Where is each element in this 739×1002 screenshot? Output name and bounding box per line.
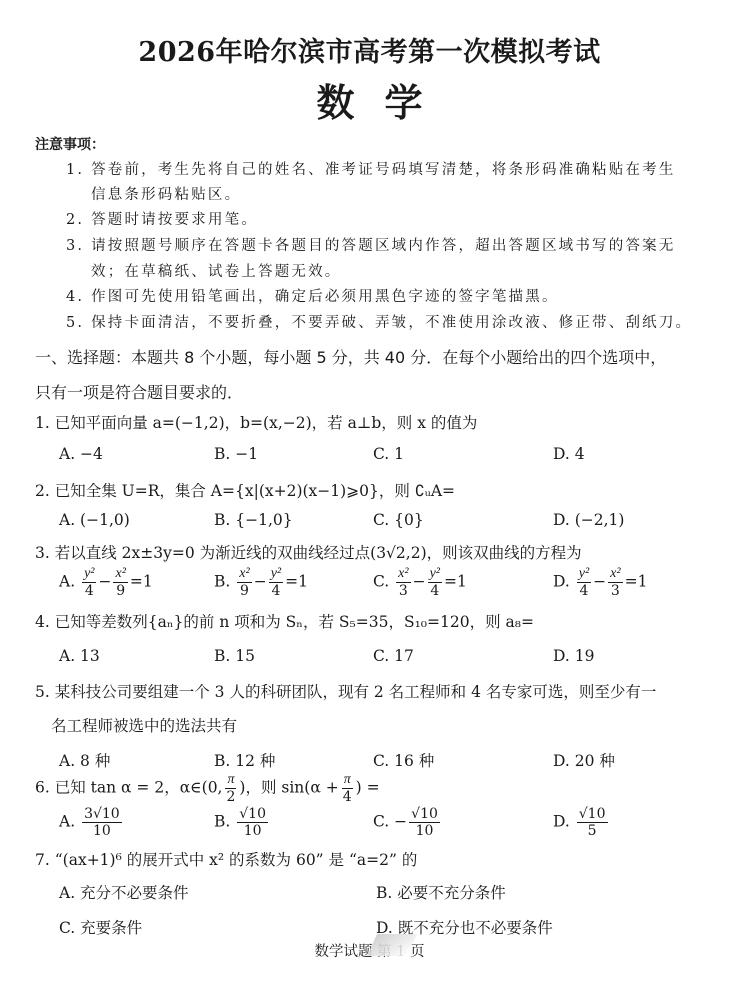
question-3: 3. 若以直线 2x±3y=0 为渐近线的双曲线经过点(3√2,2)，则该双曲线… xyxy=(35,541,582,563)
q5-option-c[interactable]: C. 16 种 xyxy=(373,749,434,771)
question-7: 7. “(ax+1)⁶ 的展开式中 x² 的系数为 60” 是 “a=2” 的 xyxy=(35,848,417,870)
notice-num: 1. xyxy=(66,162,84,178)
question-stem: 已知平面向量 a=(−1,2)，b=(x,−2)，若 a⊥b，则 x 的值为 xyxy=(55,414,478,432)
fraction: x²9 xyxy=(113,566,127,599)
question-stem: 若以直线 2x±3y=0 为渐近线的双曲线经过点(3√2,2)，则该双曲线的方程… xyxy=(55,544,582,562)
q2-option-a[interactable]: A. (−1,0) xyxy=(59,511,130,529)
q7-option-b[interactable]: B. 必要不充分条件 xyxy=(376,881,506,903)
question-num: 7. xyxy=(35,851,50,869)
notice-num: 3. xyxy=(66,238,84,254)
notice-num: 4. xyxy=(66,289,84,305)
q4-option-a[interactable]: A. 13 xyxy=(59,647,100,665)
fraction: √1010 xyxy=(237,806,268,839)
fraction: y²4 xyxy=(577,566,591,599)
question-stem: 已知等差数列{aₙ}的前 n 项和为 Sₙ，若 S₅=35，S₁₀=120，则 … xyxy=(55,613,534,631)
fraction: π2 xyxy=(225,772,238,805)
fraction: y²4 xyxy=(428,566,442,599)
question-stem-c: ) = xyxy=(356,779,380,797)
notice-item-3: 3. 请按照题号顺序在答题卡各题目的答题区域内作答，超出答题区域书写的答案无 xyxy=(66,234,676,255)
question-num: 5. xyxy=(35,683,50,701)
q5-option-d[interactable]: D. 20 种 xyxy=(553,749,615,771)
question-4: 4. 已知等差数列{aₙ}的前 n 项和为 Sₙ，若 S₅=35，S₁₀=120… xyxy=(35,610,534,632)
q4-option-d[interactable]: D. 19 xyxy=(553,647,594,665)
question-num: 3. xyxy=(35,544,50,562)
q7-option-c[interactable]: C. 充要条件 xyxy=(59,916,142,938)
question-5-cont: 名工程师被选中的选法共有 xyxy=(51,714,237,736)
option-label: A. xyxy=(59,573,75,591)
question-num: 4. xyxy=(35,613,50,631)
option-label: D. xyxy=(553,573,570,591)
q4-option-c[interactable]: C. 17 xyxy=(373,647,414,665)
fraction: π4 xyxy=(341,772,354,805)
option-label: B. xyxy=(214,573,230,591)
question-5: 5. 某科技公司要组建一个 3 人的科研团队，现有 2 名工程师和 4 名专家可… xyxy=(35,680,656,702)
notice-item-1-cont: 信息条形码粘贴区。 xyxy=(91,183,241,204)
section-header: 一、选择题：本题共 8 个小题，每小题 5 分，共 40 分．在每个小题给出的四… xyxy=(35,345,666,368)
notice-num: 5. xyxy=(66,315,84,331)
q4-option-b[interactable]: B. 15 xyxy=(214,647,255,665)
notice-item-1: 1. 答卷前，考生先将自己的姓名、准考证号码填写清楚，将条形码准确粘贴在考生 xyxy=(66,158,676,179)
q1-option-c[interactable]: C. 1 xyxy=(373,445,404,463)
notice-num: 2. xyxy=(66,212,84,228)
q5-option-a[interactable]: A. 8 种 xyxy=(59,749,110,771)
fraction: √1010 xyxy=(409,806,440,839)
q3-option-c[interactable]: C. x²3−y²4=1 xyxy=(373,566,467,599)
question-6: 6. 已知 tan α = 2，α∈(0,π2)，则 sin(α +π4) = xyxy=(35,772,380,805)
fraction: 3√1010 xyxy=(82,806,122,839)
q3-option-b[interactable]: B. x²9−y²4=1 xyxy=(214,566,308,599)
q6-option-b[interactable]: B. √1010 xyxy=(214,806,270,839)
question-1: 1. 已知平面向量 a=(−1,2)，b=(x,−2)，若 a⊥b，则 x 的值… xyxy=(35,411,477,433)
question-2: 2. 已知全集 U=R，集合 A={x|(x+2)(x−1)⩾0}，则 ∁ᵤA= xyxy=(35,479,455,501)
q5-option-b[interactable]: B. 12 种 xyxy=(214,749,275,771)
question-num: 2. xyxy=(35,482,50,500)
notice-item-2: 2. 答题时请按要求用笔。 xyxy=(66,208,258,229)
rhs: =1 xyxy=(285,573,308,591)
option-label: C. xyxy=(373,573,389,591)
q2-option-d[interactable]: D. (−2,1) xyxy=(553,511,624,529)
notice-text: 请按照题号顺序在答题卡各题目的答题区域内作答，超出答题区域书写的答案无 xyxy=(91,238,676,254)
rhs: =1 xyxy=(625,573,648,591)
fraction: x²3 xyxy=(396,566,410,599)
notice-item-5: 5. 保持卡面清洁，不要折叠，不要弄破、弄皱，不准使用涂改液、修正带、刮纸刀。 xyxy=(66,311,692,332)
notice-heading: 注意事项： xyxy=(35,134,105,154)
notice-text: 答题时请按要求用笔。 xyxy=(91,212,258,228)
option-label: C. xyxy=(373,813,389,831)
q7-option-a[interactable]: A. 充分不必要条件 xyxy=(59,881,189,903)
option-label: B. xyxy=(214,813,230,831)
fraction: x²3 xyxy=(608,566,622,599)
q6-option-c[interactable]: C. −√1010 xyxy=(373,806,442,839)
q2-option-b[interactable]: B. {−1,0} xyxy=(214,511,293,529)
question-stem: 某科技公司要组建一个 3 人的科研团队，现有 2 名工程师和 4 名专家可选，则… xyxy=(55,683,657,701)
fraction: y²4 xyxy=(269,566,283,599)
notice-item-3-cont: 效；在草稿纸、试卷上答题无效。 xyxy=(91,260,342,281)
notice-text: 作图可先使用铅笔画出，确定后必须用黑色字迹的签字笔描黑。 xyxy=(91,289,559,305)
exam-subject: 数学 xyxy=(0,72,739,127)
q3-option-d[interactable]: D. y²4−x²3=1 xyxy=(553,566,647,599)
option-label: D. xyxy=(553,813,570,831)
question-num: 6. xyxy=(35,779,50,797)
option-label: A. xyxy=(59,813,75,831)
q6-option-a[interactable]: A. 3√1010 xyxy=(59,806,124,839)
q6-option-d[interactable]: D. √105 xyxy=(553,806,610,839)
notice-text: 保持卡面清洁，不要折叠，不要弄破、弄皱，不准使用涂改液、修正带、刮纸刀。 xyxy=(91,315,692,331)
question-stem-a: 已知 tan α = 2，α∈(0, xyxy=(55,779,223,797)
sign: − xyxy=(394,813,407,831)
q2-option-c[interactable]: C. {0} xyxy=(373,511,424,529)
rhs: =1 xyxy=(444,573,467,591)
fraction: y²4 xyxy=(82,566,96,599)
fraction: x²9 xyxy=(237,566,251,599)
notice-item-4: 4. 作图可先使用铅笔画出，确定后必须用黑色字迹的签字笔描黑。 xyxy=(66,285,559,306)
q3-option-a[interactable]: A. y²4−x²9=1 xyxy=(59,566,153,599)
q1-option-d[interactable]: D. 4 xyxy=(553,445,585,463)
fraction: √105 xyxy=(577,806,608,839)
question-stem-b: )，则 sin(α + xyxy=(239,779,338,797)
q1-option-a[interactable]: A. −4 xyxy=(59,445,103,463)
section-header-cont: 只有一项是符合题目要求的． xyxy=(35,380,243,403)
rhs: =1 xyxy=(130,573,153,591)
notice-text: 答卷前，考生先将自己的姓名、准考证号码填写清楚，将条形码准确粘贴在考生 xyxy=(91,162,676,178)
q1-option-b[interactable]: B. −1 xyxy=(214,445,258,463)
question-stem: 已知全集 U=R，集合 A={x|(x+2)(x−1)⩾0}，则 ∁ᵤA= xyxy=(55,482,455,500)
exam-title: 2026年哈尔滨市高考第一次模拟考试 xyxy=(0,30,739,69)
question-num: 1. xyxy=(35,414,50,432)
question-stem: “(ax+1)⁶ 的展开式中 x² 的系数为 60” 是 “a=2” 的 xyxy=(55,851,418,869)
